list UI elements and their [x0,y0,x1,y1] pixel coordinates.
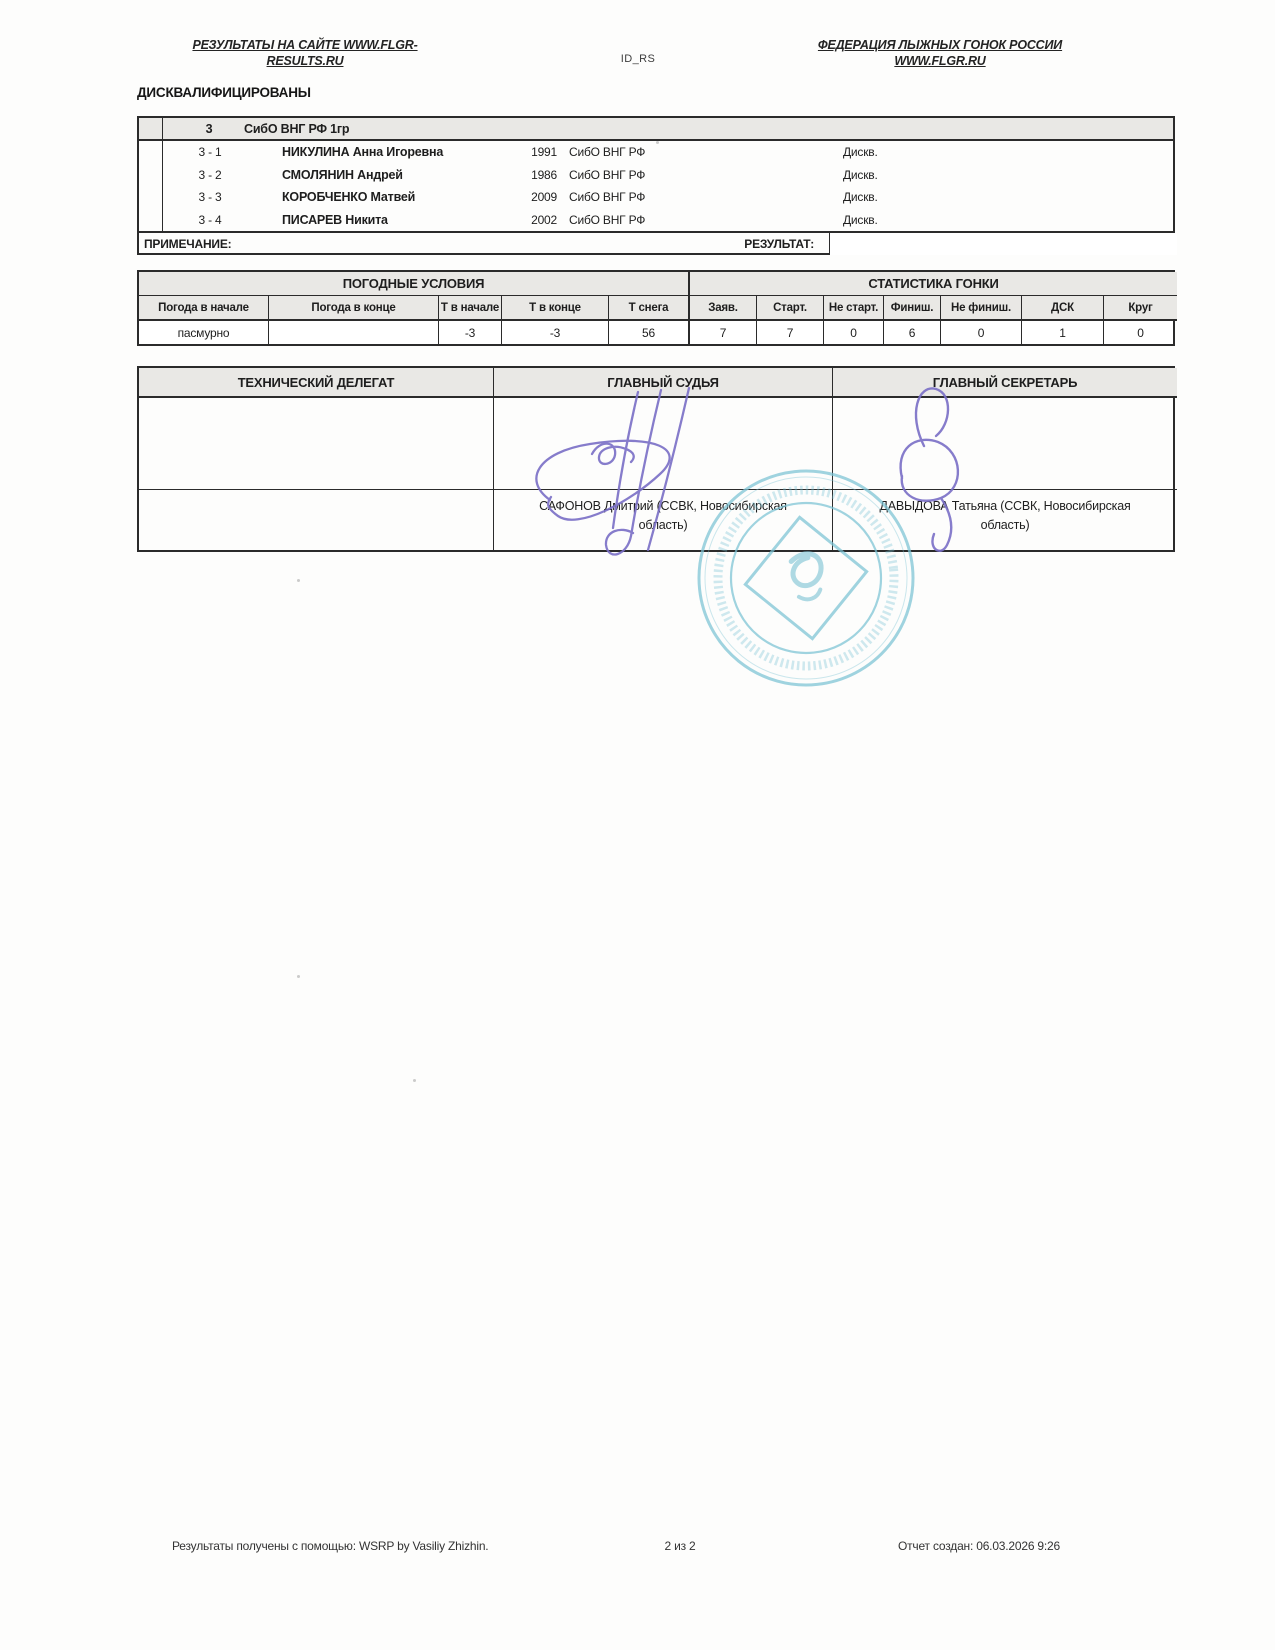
delegate-name [139,490,493,550]
disqualified-table: 3 СибО ВНГ РФ 1гр 3 - 1 НИКУЛИНА Анна Иг… [137,116,1175,255]
value-cell: 6 [883,321,940,344]
team-name: СибО ВНГ РФ [569,164,689,186]
federation-line1: ФЕДЕРАЦИЯ ЛЫЖНЫХ ГОНОК РОССИИ [795,38,1085,54]
team-name: СибО ВНГ РФ [569,141,689,163]
bib-number: 3 - 1 [189,141,231,163]
results-site-line2: RESULTS.RU [160,54,450,70]
secretary-name: ДАВЫДОВА Татьяна (ССВК, Новосибирская об… [832,490,1177,550]
federation-link: ФЕДЕРАЦИЯ ЛЫЖНЫХ ГОНОК РОССИИ WWW.FLGR.R… [795,38,1085,69]
athlete-name: НИКУЛИНА Анна Игоревна [282,141,512,163]
note-label: ПРИМЕЧАНИЕ: [144,233,264,255]
column-header: Не финиш. [940,296,1021,321]
value-cell: 7 [688,321,756,344]
column-header: ДСК [1021,296,1103,321]
footer-created-date: Отчет создан: 06.03.2026 9:26 [860,1539,1060,1553]
status-label: Дискв. [843,186,923,208]
result-value-box [829,233,1177,255]
bib-number: 3 - 3 [189,186,231,208]
status-label: Дискв. [843,164,923,186]
column-header: Погода в начале [139,296,268,321]
scan-noise-dot [413,1079,416,1082]
scan-noise-dot [297,579,300,582]
weather-group-header: ПОГОДНЫЕ УСЛОВИЯ [139,272,688,296]
team-name: СибО ВНГ РФ [569,186,689,208]
value-cell [268,321,438,344]
results-site-link: РЕЗУЛЬТАТЫ НА САЙТЕ WWW.FLGR- RESULTS.RU [160,38,450,69]
column-header: Не старт. [823,296,883,321]
column-header: Старт. [756,296,823,321]
team-name: СибО ВНГ РФ [569,209,689,231]
value-cell: 0 [940,321,1021,344]
status-label: Дискв. [843,209,923,231]
note-row: ПРИМЕЧАНИЕ: РЕЗУЛЬТАТ: [139,231,1173,255]
group-number: 3 [194,118,224,139]
column-header: Т снега [608,296,688,321]
technical-delegate-header: ТЕХНИЧЕСКИЙ ДЕЛЕГАТ [139,368,493,398]
athlete-name: СМОЛЯНИН Андрей [282,164,512,186]
scan-noise-dot [297,975,300,978]
athlete-name: ПИСАРЕВ Никита [282,209,512,231]
judge-signature-cell [493,398,832,490]
value-cell: 7 [756,321,823,344]
bib-number: 3 - 2 [189,164,231,186]
federation-line2: WWW.FLGR.RU [795,54,1085,70]
officials-table: ТЕХНИЧЕСКИЙ ДЕЛЕГАТ ГЛАВНЫЙ СУДЬЯ ГЛАВНЫ… [137,366,1175,552]
page-title: ДИСКВАЛИФИЦИРОВАНЫ [137,85,311,100]
athlete-name: КОРОБЧЕНКО Матвей [282,186,512,208]
value-cell: 1 [1021,321,1103,344]
birth-year: 1991 [511,141,557,163]
table-row: 3 - 4 ПИСАРЕВ Никита 2002 СибО ВНГ РФ Ди… [139,209,1173,231]
group-name: СибО ВНГ РФ 1гр [244,118,544,139]
table-row: 3 - 1 НИКУЛИНА Анна Игоревна 1991 СибО В… [139,141,1173,163]
column-header: Круг [1103,296,1177,321]
birth-year: 1986 [511,164,557,186]
status-label: Дискв. [843,141,923,163]
delegate-signature-cell [139,398,493,490]
value-cell: 0 [1103,321,1177,344]
conditions-statistics-table: ПОГОДНЫЕ УСЛОВИЯ СТАТИСТИКА ГОНКИ Погода… [137,270,1175,346]
column-header: Погода в конце [268,296,438,321]
table-row: 3 - 2 СМОЛЯНИН Андрей 1986 СибО ВНГ РФ Д… [139,164,1173,186]
column-header: Т в начале [438,296,501,321]
value-cell: -3 [501,321,608,344]
secretary-signature-cell [832,398,1177,490]
birth-year: 2009 [511,186,557,208]
value-cell: 0 [823,321,883,344]
team-group-row: 3 СибО ВНГ РФ 1гр [139,118,1173,141]
bib-number: 3 - 4 [189,209,231,231]
footer-generator-note: Результаты получены с помощью: WSRP by V… [172,1539,488,1553]
value-cell: -3 [438,321,501,344]
results-site-line1: РЕЗУЛЬТАТЫ НА САЙТЕ WWW.FLGR- [160,38,450,54]
scan-noise-dot [656,141,659,144]
footer-page-number: 2 из 2 [610,1539,750,1553]
chief-judge-header: ГЛАВНЫЙ СУДЬЯ [493,368,832,398]
value-cell: пасмурно [139,321,268,344]
stats-group-header: СТАТИСТИКА ГОНКИ [688,272,1177,296]
scanned-results-page: РЕЗУЛЬТАТЫ НА САЙТЕ WWW.FLGR- RESULTS.RU… [0,0,1275,1650]
column-header: Заяв. [688,296,756,321]
result-label: РЕЗУЛЬТАТ: [724,233,814,255]
column-header: Финиш. [883,296,940,321]
value-cell: 56 [608,321,688,344]
report-id-label: ID_RS [588,53,688,65]
judge-name: САФОНОВ Дмитрий (ССВК, Новосибирская обл… [493,490,832,550]
chief-secretary-header: ГЛАВНЫЙ СЕКРЕТАРЬ [832,368,1177,398]
column-header: Т в конце [501,296,608,321]
table-row: 3 - 3 КОРОБЧЕНКО Матвей 2009 СибО ВНГ РФ… [139,186,1173,208]
birth-year: 2002 [511,209,557,231]
